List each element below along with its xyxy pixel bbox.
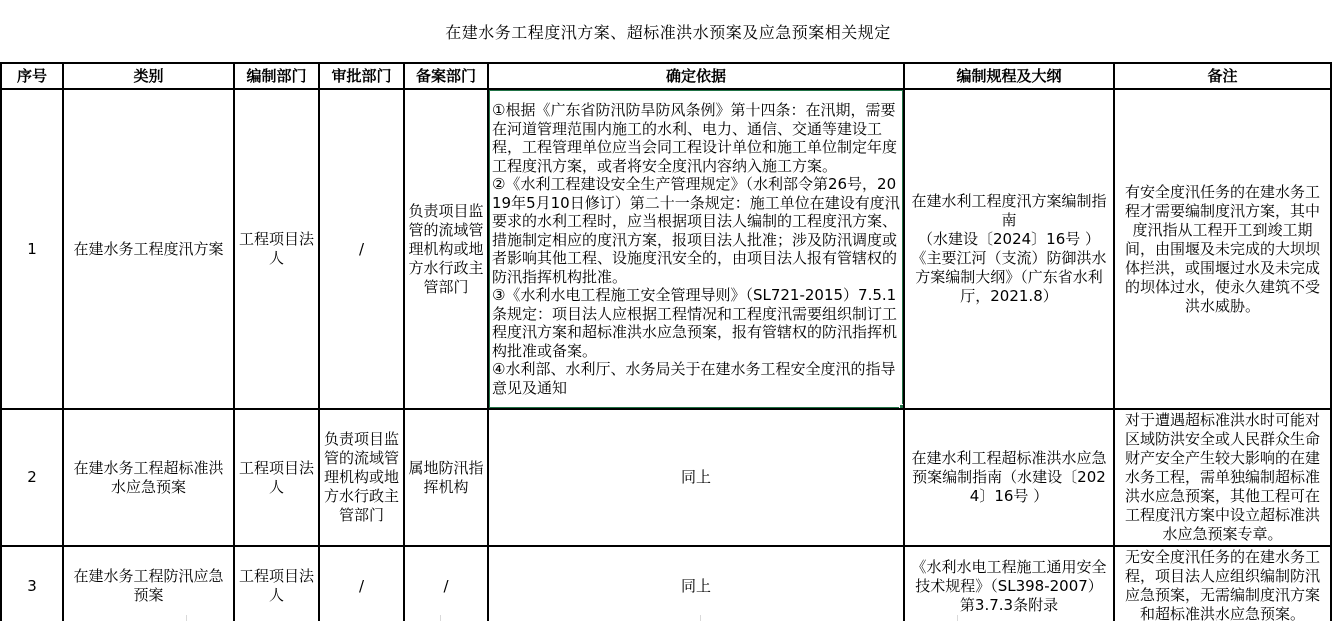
header-seq[interactable]: 序号 bbox=[1, 63, 63, 89]
gridline-stub bbox=[186, 615, 187, 621]
cell-r3-filed-by[interactable]: / bbox=[404, 546, 488, 621]
cell-r2-remark[interactable]: 对于遭遇超标准洪水时可能对区域防洪安全或人民群众生命财产安全产生较大影响的在建水… bbox=[1114, 409, 1331, 546]
cell-r1-filed-by[interactable]: 负责项目监管的流域管理机构或地方水行政主管部门 bbox=[404, 89, 488, 409]
table-row: 2 在建水务工程超标准洪水应急预案 工程项目法人 负责项目监管的流域管理机构或地… bbox=[1, 409, 1331, 546]
cell-r1-category[interactable]: 在建水务工程度汛方案 bbox=[63, 89, 234, 409]
cell-r3-guideline[interactable]: 《水利水电工程施工通用安全技术规程》（SL398-2007）第3.7.3条附录 bbox=[904, 546, 1114, 621]
cell-r3-seq[interactable]: 3 bbox=[1, 546, 63, 621]
sheet-title: 在建水务工程度汛方案、超标准洪水预案及应急预案相关规定 bbox=[0, 0, 1336, 62]
cell-r2-seq[interactable]: 2 bbox=[1, 409, 63, 546]
gridline-stub bbox=[1216, 615, 1217, 621]
cell-r1-prepared-by[interactable]: 工程项目法人 bbox=[234, 89, 319, 409]
header-category[interactable]: 类别 bbox=[63, 63, 234, 89]
cell-r1-basis-selected[interactable]: ①根据《广东省防汛防旱防风条例》第十四条：在汛期，需要在河道管理范围内施工的水利… bbox=[488, 89, 904, 409]
header-prepared-by[interactable]: 编制部门 bbox=[234, 63, 319, 89]
cell-r2-filed-by[interactable]: 属地防汛指挥机构 bbox=[404, 409, 488, 546]
cell-r3-basis[interactable]: 同上 bbox=[488, 546, 904, 621]
gridline-stub bbox=[700, 615, 701, 621]
cell-r1-seq[interactable]: 1 bbox=[1, 89, 63, 409]
header-basis[interactable]: 确定依据 bbox=[488, 63, 904, 89]
header-guideline[interactable]: 编制规程及大纲 bbox=[904, 63, 1114, 89]
cell-r2-approved-by[interactable]: 负责项目监管的流域管理机构或地方水行政主管部门 bbox=[319, 409, 404, 546]
cell-r3-category[interactable]: 在建水务工程防汛应急预案 bbox=[63, 546, 234, 621]
cell-r3-prepared-by[interactable]: 工程项目法人 bbox=[234, 546, 319, 621]
header-filed-by[interactable]: 备案部门 bbox=[404, 63, 488, 89]
gridline-stub bbox=[957, 615, 958, 621]
cell-r2-guideline[interactable]: 在建水利工程超标准洪水应急预案编制指南（水建设〔2024〕16号 ） bbox=[904, 409, 1114, 546]
cell-r1-guideline[interactable]: 在建水利工程度汛方案编制指南 （水建设〔2024〕16号 ） 《主要江河（支流）… bbox=[904, 89, 1114, 409]
cell-r2-category[interactable]: 在建水务工程超标准洪水应急预案 bbox=[63, 409, 234, 546]
header-remark[interactable]: 备注 bbox=[1114, 63, 1331, 89]
table-row: 3 在建水务工程防汛应急预案 工程项目法人 / / 同上 《水利水电工程施工通用… bbox=[1, 546, 1331, 621]
cell-r1-approved-by[interactable]: / bbox=[319, 89, 404, 409]
cell-r3-remark[interactable]: 无安全度汛任务的在建水务工程，项目法人应组织编制防汛应急预案，无需编制度汛方案和… bbox=[1114, 546, 1331, 621]
table-header-row: 序号 类别 编制部门 审批部门 备案部门 确定依据 编制规程及大纲 备注 bbox=[1, 63, 1331, 89]
regulations-table: 序号 类别 编制部门 审批部门 备案部门 确定依据 编制规程及大纲 备注 1 在… bbox=[0, 62, 1332, 621]
header-approved-by[interactable]: 审批部门 bbox=[319, 63, 404, 89]
table-row: 1 在建水务工程度汛方案 工程项目法人 / 负责项目监管的流域管理机构或地方水行… bbox=[1, 89, 1331, 409]
gridline-stub bbox=[440, 615, 441, 621]
cell-r1-remark[interactable]: 有安全度汛任务的在建水务工程才需要编制度汛方案，其中度汛指从工程开工到竣工期间，… bbox=[1114, 89, 1331, 409]
cell-r2-basis[interactable]: 同上 bbox=[488, 409, 904, 546]
cell-r3-approved-by[interactable]: / bbox=[319, 546, 404, 621]
selection-fill-handle[interactable] bbox=[899, 404, 904, 409]
basis-text: ①根据《广东省防汛防旱防风条例》第十四条：在汛期，需要在河道管理范围内施工的水利… bbox=[492, 101, 900, 397]
cell-r2-prepared-by[interactable]: 工程项目法人 bbox=[234, 409, 319, 546]
